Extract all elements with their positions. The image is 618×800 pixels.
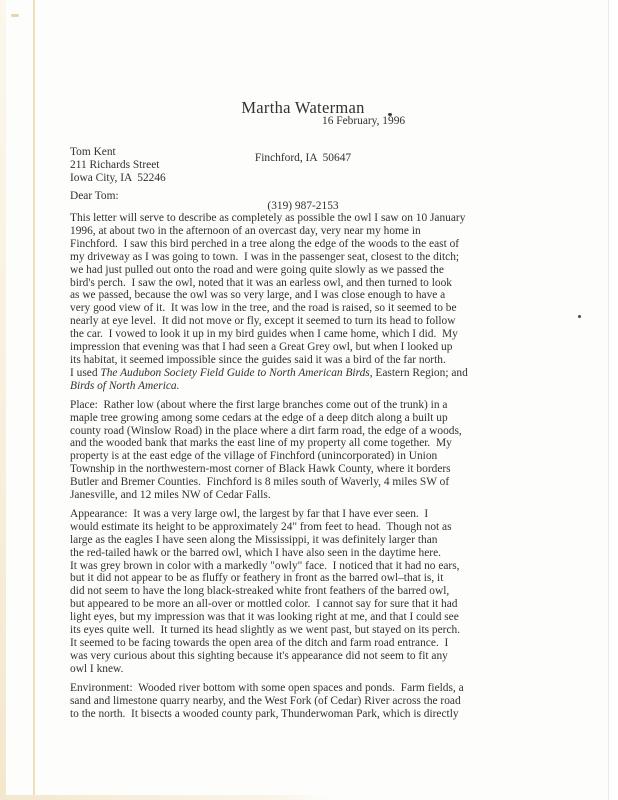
letter-page: Martha Waterman Finchford, IA 50647 (319…	[0, 0, 618, 800]
letter-paragraph: Appearance: It was a very large owl, the…	[70, 508, 570, 676]
letter-paragraph: This letter will serve to describe as co…	[70, 212, 570, 393]
letter-line: did not seem to have the long black-stre…	[70, 585, 570, 598]
letter-line: its eyes quite well. It turned its head …	[70, 624, 570, 637]
letter-paragraph: Environment: Wooded river bottom with so…	[70, 682, 570, 721]
letter-line: property is at the east edge of the vill…	[70, 450, 570, 463]
letter-line: and the wooded bank that marks the east …	[70, 437, 570, 450]
letter-line: its habitat, it seemed impossible since …	[70, 354, 570, 367]
letter-line: to the north. It bisects a wooded county…	[70, 708, 570, 721]
letter-line: but appeared to be more an all-over or m…	[70, 598, 570, 611]
scan-speck	[578, 315, 581, 318]
letter-line: as we passed, because the owl was so ver…	[70, 289, 570, 302]
letter-line: nearly at eye level. It did not move or …	[70, 315, 570, 328]
letter-line: It was grey brown in color with a marked…	[70, 560, 570, 573]
letter-line: Environment: Wooded river bottom with so…	[70, 682, 570, 695]
letter-line: It seemed to be facing towards the open …	[70, 637, 570, 650]
letter-line: Janesville, and 12 miles NW of Cedar Fal…	[70, 489, 570, 502]
letter-line: would estimate its height to be approxim…	[70, 521, 570, 534]
scan-speck	[11, 14, 19, 17]
letter-line: Birds of North America.	[70, 380, 570, 393]
letter-line: impression that evening was that I had s…	[70, 341, 570, 354]
recipient-line: 211 Richards Street	[70, 159, 166, 172]
letter-line: large as the eagles I have seen along th…	[70, 534, 570, 547]
recipient-address: Tom Kent211 Richards StreetIowa City, IA…	[70, 146, 166, 185]
letter-line: This letter will serve to describe as co…	[70, 212, 570, 225]
letterhead-phone: (319) 987-2153	[0, 201, 612, 213]
letter-date: 16 February, 1996	[322, 115, 405, 127]
letter-line: but it did not appear to be as fluffy or…	[70, 572, 570, 585]
recipient-line: Iowa City, IA 52246	[70, 172, 166, 185]
paper-bottom-edge	[0, 795, 330, 800]
letter-line: the car. I vowed to look it up in my bir…	[70, 328, 570, 341]
letter-line: Township in the northwestern-most corner…	[70, 463, 570, 476]
letter-line: we had just pulled out onto the road and…	[70, 264, 570, 277]
letter-line: Place: Rather low (about where the first…	[70, 399, 570, 412]
letter-line: my driveway as I was going to town. I wa…	[70, 251, 570, 264]
letter-line: the red-tailed hawk or the barred owl, w…	[70, 547, 570, 560]
letter-line: I used The Audubon Society Field Guide t…	[70, 367, 570, 380]
letter-line: sand and limestone quarry nearby, and th…	[70, 695, 570, 708]
letter-line: was very curious about this sighting bec…	[70, 650, 570, 663]
recipient-line: Tom Kent	[70, 146, 166, 159]
letter-line: light eyes, but my impression was that i…	[70, 611, 570, 624]
letter-body: This letter will serve to describe as co…	[70, 212, 570, 726]
letter-line: very good view of it. It was low in the …	[70, 302, 570, 315]
letter-line: Butler and Bremer Counties. Finchford is…	[70, 476, 570, 489]
letter-line: owl I knew.	[70, 663, 570, 676]
letter-paragraph: Place: Rather low (about where the first…	[70, 399, 570, 502]
letter-line: 1996, at about two in the afternoon of a…	[70, 225, 570, 238]
letter-line: maple tree growing among some cedars at …	[70, 412, 570, 425]
letter-line: county road (Winslow Road) in the place …	[70, 425, 570, 438]
letter-line: Finchford. I saw this bird perched in a …	[70, 238, 570, 251]
salutation: Dear Tom:	[70, 190, 119, 202]
letter-line: bird's perch. I saw the owl, noted that …	[70, 277, 570, 290]
letter-line: Appearance: It was a very large owl, the…	[70, 508, 570, 521]
letterhead-name: Martha Waterman	[0, 98, 612, 117]
